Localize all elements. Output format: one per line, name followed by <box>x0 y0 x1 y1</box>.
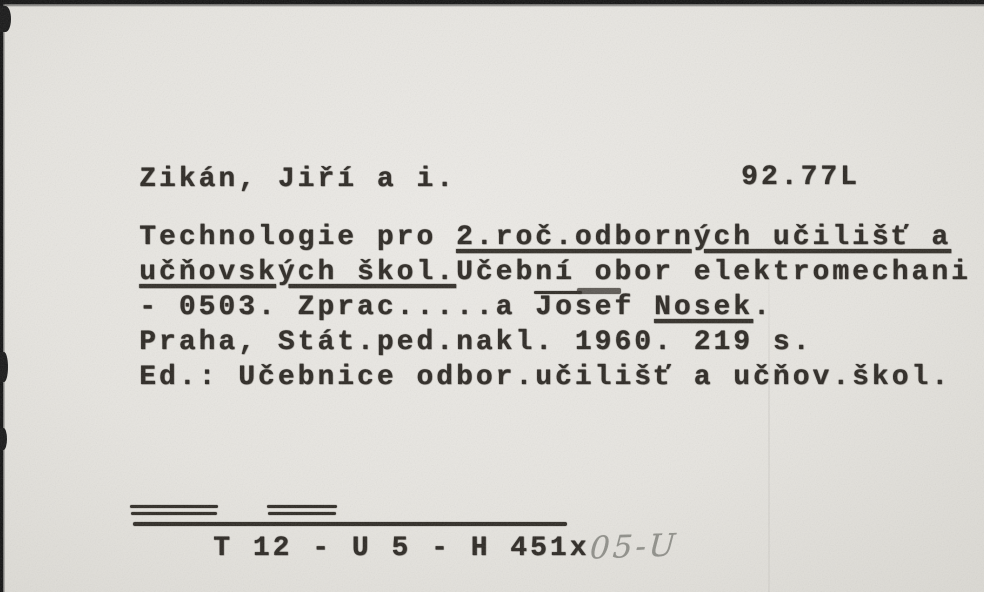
strike-line <box>268 512 336 515</box>
struck-location-a: T 12 <box>213 533 292 564</box>
scan-edge-left <box>0 0 5 592</box>
scan-edge-top <box>0 0 984 7</box>
separator-dash: - <box>411 533 470 564</box>
scan-blob <box>0 428 7 450</box>
strike-line <box>131 512 217 515</box>
catalog-card-scan: Zikán, Jiří a i. 92.77L Technologie pro … <box>0 0 984 592</box>
series-line: Ed.: Učebnice odbor.učilišť a učňov.škol… <box>60 330 951 426</box>
correction-smudge <box>577 288 621 294</box>
scan-blob <box>0 6 11 32</box>
series-text: Ed.: Učebnice odbor.učilišť a učňov.škol… <box>139 362 951 393</box>
handwritten-annotation: 05-U <box>589 529 679 564</box>
struck-location-b: U 5 <box>352 533 411 564</box>
scan-blob <box>0 352 8 382</box>
shelfmark-underline <box>133 522 567 526</box>
call-number-text: 92.77L <box>741 162 860 193</box>
overline-mark <box>534 291 582 294</box>
strike-line <box>267 505 337 508</box>
shelfmark-text: H 451x <box>471 533 590 564</box>
separator-dash: - <box>292 533 351 564</box>
strike-line <box>130 505 218 508</box>
